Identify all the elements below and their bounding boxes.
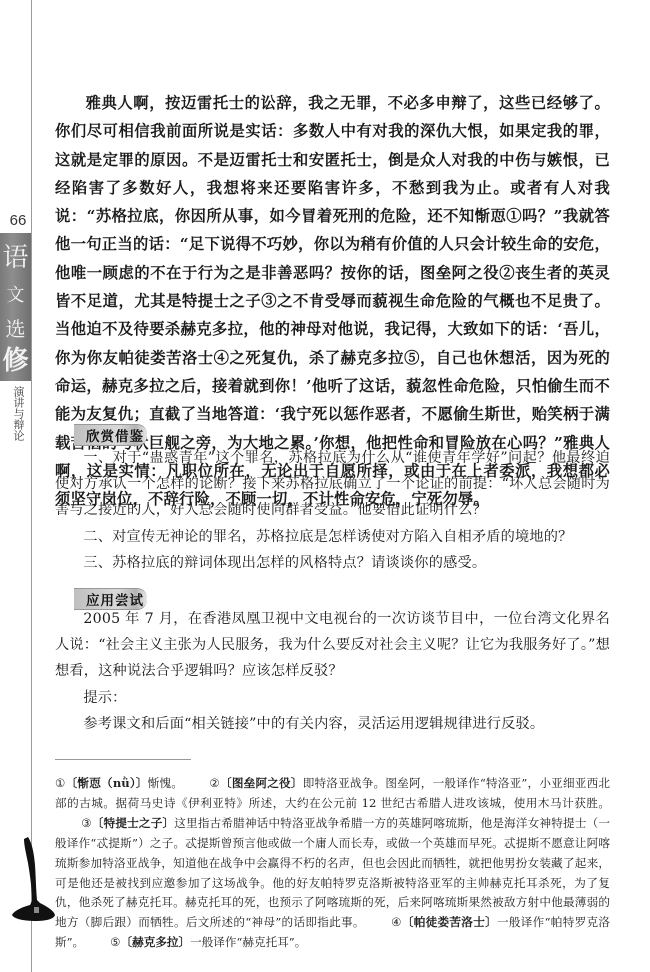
series-title-char: 修 — [0, 340, 31, 377]
hint-text: 参考课文和后面“相关链接”中的有关内容，灵活运用逻辑规律进行反驳。 — [55, 711, 610, 737]
series-title-char: 语 — [0, 237, 31, 274]
footnote-term: 〔帕徒娄苦洛士〕 — [402, 915, 497, 929]
exercise-prompt: 2005 年 7 月，在香港凤凰卫视中文电视台的一次访谈节目中，一位台湾文化界名… — [55, 606, 610, 685]
application-exercise: 2005 年 7 月，在香港凤凰卫视中文电视台的一次访谈节目中，一位台湾文化界名… — [55, 606, 610, 737]
footnote-mark: ④ — [391, 915, 402, 929]
series-title-char: 选 — [0, 313, 31, 342]
footnote-divider — [55, 759, 191, 760]
series-title-char: 文 — [0, 281, 31, 307]
footnote-text: 一般译作“赫克托耳”。 — [190, 935, 306, 949]
footnote-term: 〔赫克多拉〕 — [121, 935, 191, 949]
footnote-mark: ① — [55, 776, 66, 790]
section-heading-label: 欣赏借鉴 — [86, 425, 144, 445]
page-number: 66 — [5, 212, 31, 229]
footnote-mark: ⑤ — [110, 935, 120, 949]
section-heading-appreciation: 欣赏借鉴 — [74, 416, 147, 436]
section-heading-application: 应用尝试 — [74, 580, 147, 600]
book-subtitle: 演讲与辩论 — [7, 386, 25, 441]
margin-rule — [31, 0, 32, 972]
footnote-text: 惭愧。 — [148, 776, 183, 790]
footnotes: ①〔惭恧（nǜ）〕惭愧。②〔图垒阿之役〕即特洛亚战争。图垒阿，一般译作“特洛亚”… — [55, 774, 610, 953]
appreciation-questions: 一、对于“蛊惑青年”这个罪名，苏格拉底为什么从“谁使青年学好”问起？他最终迫使对… — [55, 445, 610, 576]
hint-label: 提示： — [55, 685, 610, 711]
footnote-term: 〔特提士之子〕 — [92, 816, 174, 830]
footnote-mark: ③ — [81, 816, 92, 830]
footnote-term: 〔图垒阿之役〕 — [220, 776, 303, 790]
question-1: 一、对于“蛊惑青年”这个罪名，苏格拉底为什么从“谁使青年学好”问起？他最终迫使对… — [55, 445, 610, 524]
footnote-text: 这里指古希腊神话中特洛亚战争希腊一方的英雄阿喀琉斯，他是海洋女神特提士（一般译作… — [55, 816, 610, 930]
question-3: 三、苏格拉底的辩词体现出怎样的风格特点？请谈谈你的感受。 — [55, 550, 610, 576]
series-title-band: 语 文 选 修 — [0, 233, 31, 381]
microphone-icon — [10, 835, 58, 935]
question-2: 二、对宣传无神论的罪名，苏格拉底是怎样诱使对方陷入自相矛盾的境地的？ — [55, 524, 610, 550]
footnote-mark: ② — [209, 776, 220, 790]
footnote-term: 〔惭恧（nǜ）〕 — [66, 776, 148, 790]
